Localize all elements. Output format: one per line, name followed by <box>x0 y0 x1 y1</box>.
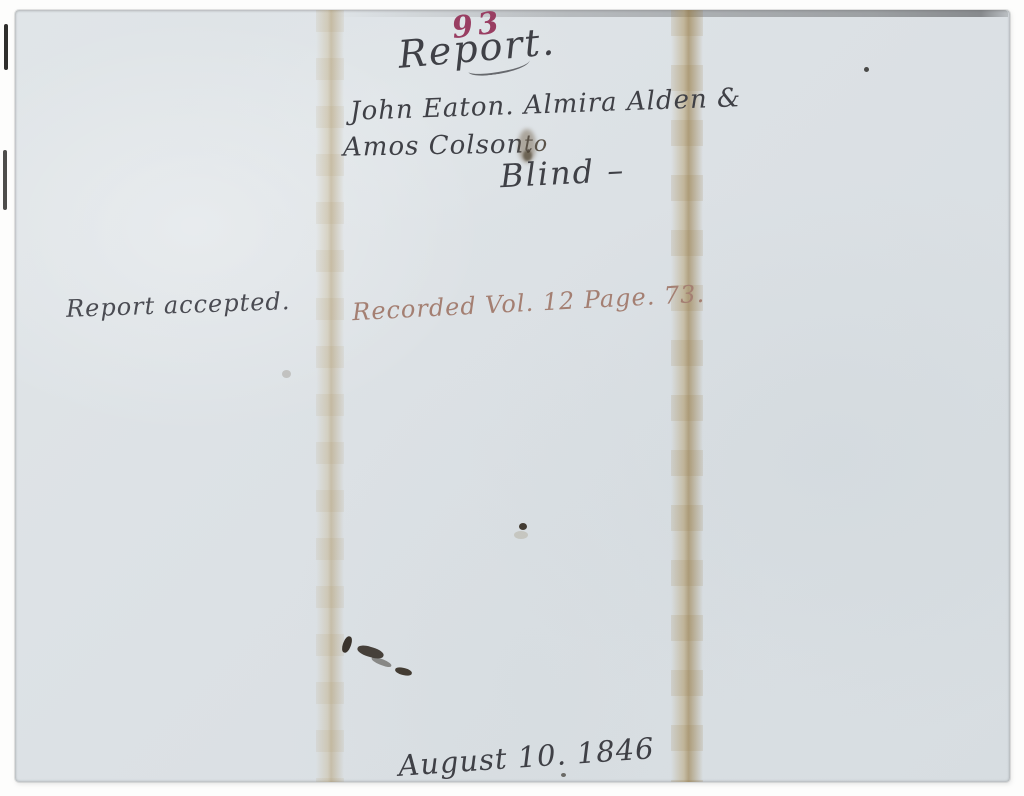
paper-stain-spot <box>282 370 291 378</box>
subject-line: Blind – <box>499 151 626 196</box>
ink-spot <box>561 773 566 777</box>
scanned-document: 93 Report. John Eaton. Almira Alden & Am… <box>0 0 1024 796</box>
connector-word: to <box>524 132 548 157</box>
ink-spot-halo <box>514 531 528 539</box>
paper-sheet <box>15 10 1010 782</box>
scan-edge-mark <box>4 24 8 70</box>
fold-line-right <box>671 10 703 782</box>
ink-spot <box>864 67 869 72</box>
ink-spot <box>519 523 527 530</box>
fold-line-left <box>316 10 344 782</box>
scan-edge-mark <box>3 150 7 210</box>
